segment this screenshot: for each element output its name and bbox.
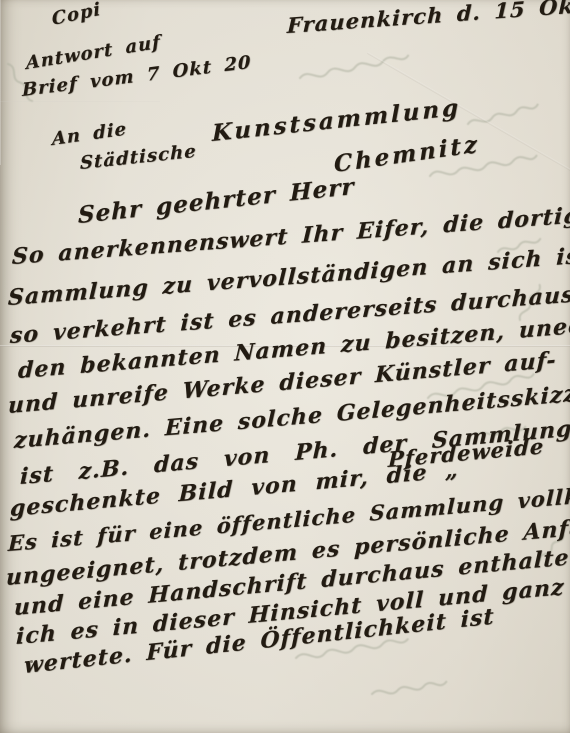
- small-top-crease: [0, 101, 160, 102]
- address-line-chemnitz: Chemnitz: [334, 131, 481, 177]
- letter-page: Copi Antwort auf Brief vom 7 Okt 20 Frau…: [0, 0, 570, 733]
- copy-note: Copi: [51, 0, 102, 30]
- dateline: Frauenkirch d. 15 Okt 20: [287, 0, 570, 37]
- address-line-an-die: An die: [52, 119, 128, 149]
- address-line-staedtische: Städtische: [80, 142, 197, 174]
- vertical-fold-crease: [0, 0, 2, 165]
- salutation: Sehr geehrter Herr: [78, 174, 355, 229]
